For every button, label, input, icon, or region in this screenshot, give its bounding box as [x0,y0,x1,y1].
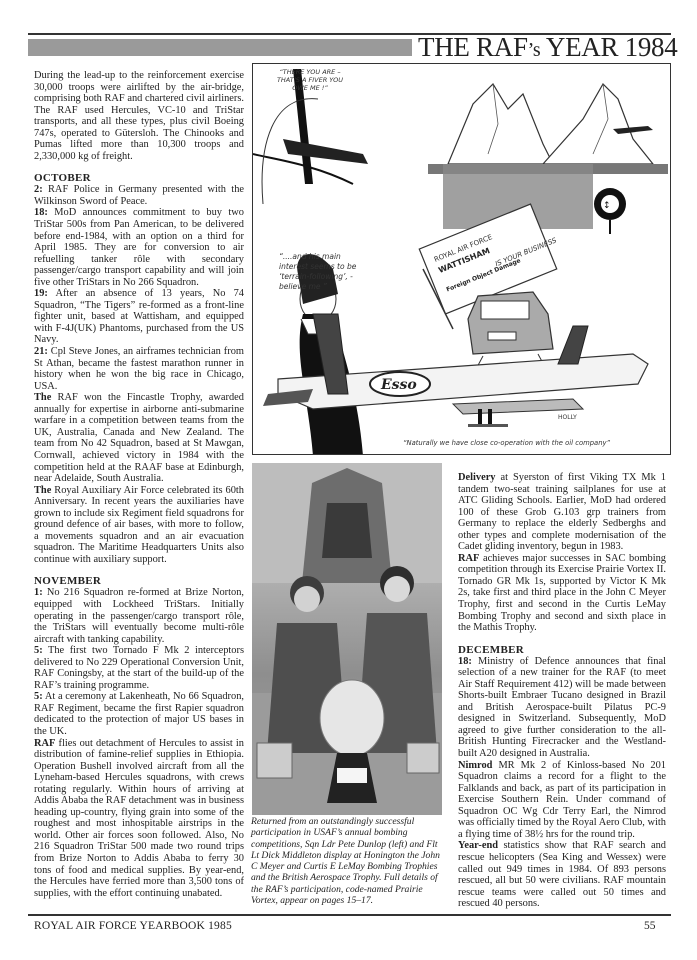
entry: 5: At a ceremony at Lakenheath, No 66 Sq… [34,691,244,737]
entry: Year-end statistics show that RAF search… [458,840,666,909]
section-heading-december: DECEMBER [458,644,666,656]
page-number: 55 [644,920,656,932]
entry: 18: Ministry of Defence announces that f… [458,656,666,760]
entry: 19: After an absence of 13 years, No 74 … [34,288,244,346]
title-main: THE RAF [418,32,528,62]
header-grey-bar [28,39,412,56]
footer-rule [28,914,671,916]
entry: 18: MoD announces commitment to buy two … [34,207,244,288]
cartoon-caption: “Naturally we have close co-operation wi… [403,439,663,448]
speech-bubble-top: “THERE YOU ARE – THAT’S A FIVER YOU OWE … [275,68,345,92]
entry: The Royal Auxiliary Air Force celebrated… [34,485,244,566]
publication-name: ROYAL AIR FORCE YEARBOOK 1985 [34,920,232,932]
entry: Delivery at Syerston of first Viking TX … [458,472,666,553]
entry: The RAF won the Fincastle Trophy, awarde… [34,392,244,484]
entry: RAF achieves major successes in SAC bomb… [458,553,666,634]
title-year: YEAR 1984 [540,32,677,62]
artist-signature: HOLLY [558,414,577,421]
page-title: THE RAF’s YEAR 1984 [418,34,677,64]
trophy-photo [252,463,442,815]
entry: 2: RAF Police in Germany presented with … [34,184,244,207]
section-heading-october: OCTOBER [34,172,244,184]
entry: 21: Cpl Steve Jones, an airframes techni… [34,346,244,392]
section-heading-november: NOVEMBER [34,575,244,587]
speech-bubble-middle: “....and his main interest seems to be ‘… [279,252,369,292]
entry: 1: No 216 Squadron re-formed at Brize No… [34,587,244,645]
cartoon-illustration: ↕ ROYAL AIR FORCE WATTISHAM IS YOUR BUSI… [252,63,671,455]
esso-logo: Esso [380,377,417,393]
entry: RAF flies out detachment of Hercules to … [34,738,244,900]
left-column: During the lead-up to the reinforcement … [34,70,244,899]
entry: Nimrod MR Mk 2 of Kinloss-based No 201 S… [458,760,666,841]
svg-text:↕: ↕ [603,201,611,211]
right-column: Delivery at Syerston of first Viking TX … [458,472,666,910]
photo-caption: Returned from an outstandingly successfu… [251,816,446,906]
title-suffix: ’s [528,39,541,61]
photo-drawing [252,463,442,815]
entry: 5: The first two Tornado F Mk 2 intercep… [34,645,244,691]
intro-paragraph: During the lead-up to the reinforcement … [34,70,244,162]
